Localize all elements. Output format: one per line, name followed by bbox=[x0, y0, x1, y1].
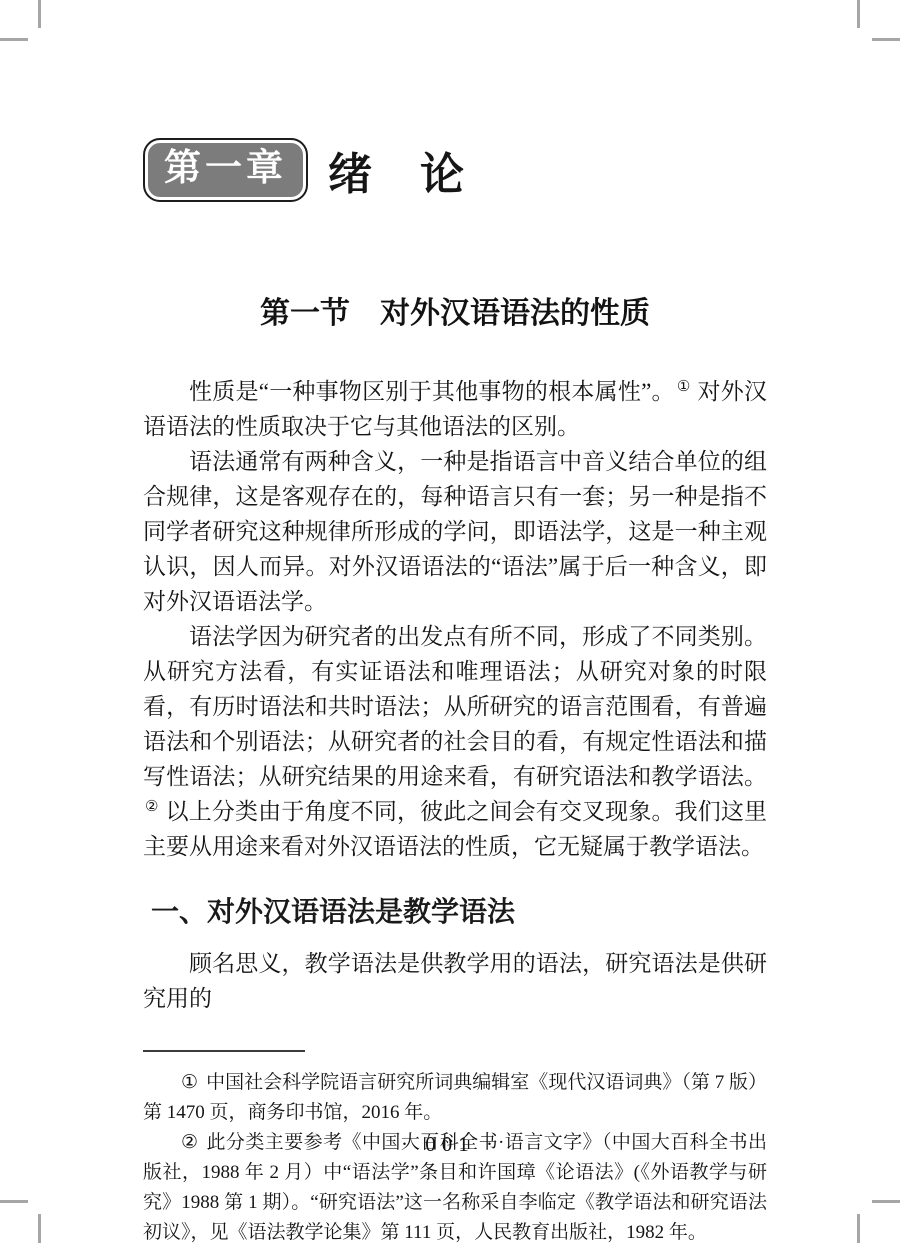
crop-mark-top-right-vertical bbox=[857, 0, 860, 28]
page-content: 第一章 绪 论 第一节 对外汉语语法的性质 性质是“一种事物区别于其他事物的根本… bbox=[143, 0, 767, 1243]
crop-mark-bottom-left-vertical bbox=[38, 1214, 41, 1243]
crop-mark-top-right-horizontal bbox=[872, 38, 900, 41]
paragraph: 顾名思义，教学语法是供教学用的语法，研究语法是供研究用的 bbox=[143, 946, 767, 1016]
footnote-reference-1: ① bbox=[677, 379, 691, 395]
paragraph-text: 以上分类由于角度不同，彼此之间会有交叉现象。我们这里主要从用途来看对外汉语语法的… bbox=[143, 799, 767, 859]
paragraph: 语法学因为研究者的出发点有所不同，形成了不同类别。从研究方法看，有实证语法和唯理… bbox=[143, 619, 767, 864]
page-number: · 001 · bbox=[0, 1132, 900, 1157]
footnote-1-text: 中国社会科学院语言研究所词典编辑室《现代汉语词典》（第 7 版）第 1470 页… bbox=[143, 1072, 767, 1123]
crop-mark-bottom-right-vertical bbox=[857, 1214, 860, 1243]
chapter-number-label: 第一章 bbox=[148, 143, 303, 197]
footnote-1-marker: ① bbox=[181, 1072, 198, 1093]
footnote-1: ①中国社会科学院语言研究所词典编辑室《现代汉语词典》（第 7 版）第 1470 … bbox=[143, 1068, 767, 1128]
book-page: { "chapter": { "badge_label": "第一章", "ti… bbox=[0, 0, 900, 1243]
body-text: 性质是“一种事物区别于其他事物的根本属性”。①对外汉语语法的性质取决于它与其他语… bbox=[143, 374, 767, 864]
footnote-separator-rule bbox=[143, 1050, 305, 1052]
paragraph: 语法通常有两种含义，一种是指语言中音义结合单位的组合规律，这是客观存在的，每种语… bbox=[143, 444, 767, 619]
chapter-number-badge: 第一章 bbox=[143, 138, 308, 202]
section-title-text: 对外汉语语法的性质 bbox=[380, 288, 650, 332]
crop-mark-bottom-right-horizontal bbox=[872, 1200, 900, 1203]
chapter-heading: 第一章 绪 论 bbox=[143, 138, 767, 202]
subsection-title: 一、对外汉语语法是教学语法 bbox=[151, 890, 767, 930]
section-title: 第一节 对外汉语语法的性质 bbox=[143, 288, 767, 332]
paragraph-text: 语法学因为研究者的出发点有所不同，形成了不同类别。从研究方法看，有实证语法和唯理… bbox=[143, 624, 767, 789]
paragraph: 性质是“一种事物区别于其他事物的根本属性”。①对外汉语语法的性质取决于它与其他语… bbox=[143, 374, 767, 444]
paragraph-text: 性质是“一种事物区别于其他事物的根本属性”。 bbox=[189, 379, 675, 404]
section-number: 第一节 bbox=[260, 288, 350, 332]
paragraph-text: 语法通常有两种含义，一种是指语言中音义结合单位的组合规律，这是客观存在的，每种语… bbox=[143, 449, 767, 614]
paragraph-text: 顾名思义，教学语法是供教学用的语法，研究语法是供研究用的 bbox=[143, 951, 767, 1011]
footnote-reference-2: ② bbox=[145, 799, 159, 815]
crop-mark-top-left-horizontal bbox=[0, 38, 28, 41]
crop-mark-bottom-left-horizontal bbox=[0, 1200, 28, 1203]
crop-mark-top-left-vertical bbox=[38, 0, 41, 28]
chapter-title: 绪 论 bbox=[328, 138, 466, 202]
